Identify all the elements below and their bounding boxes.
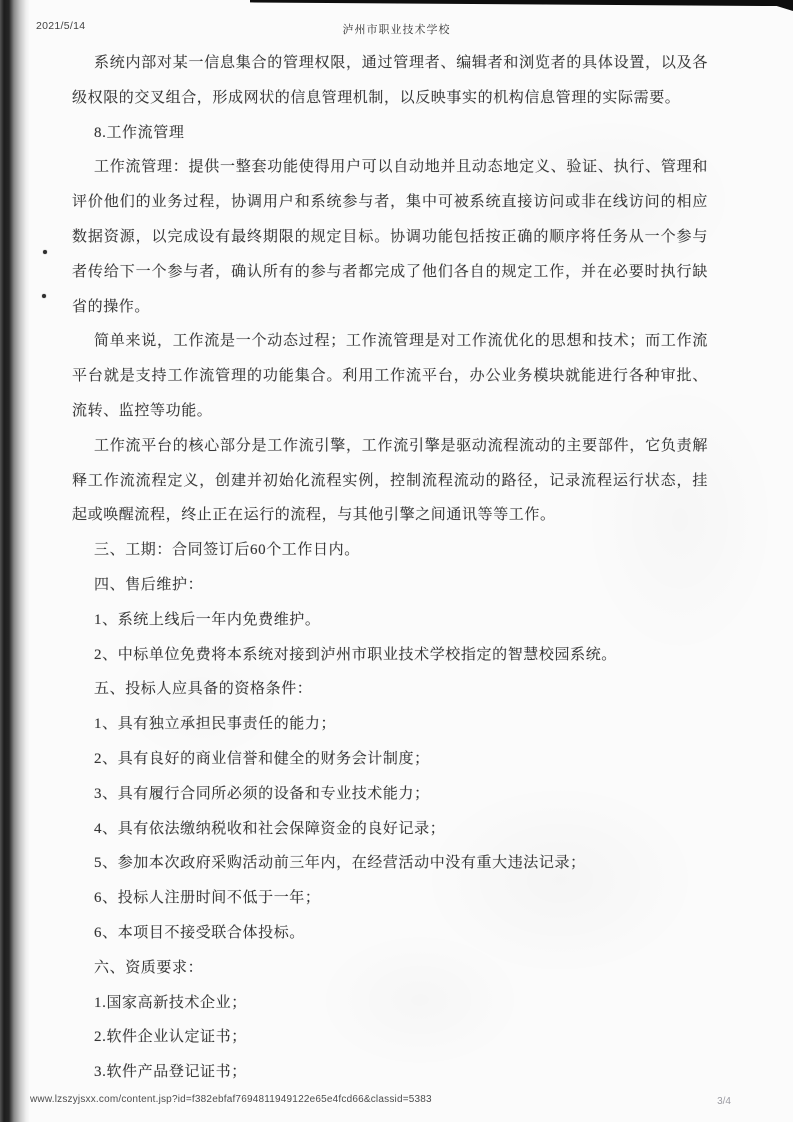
paragraph: 工作流管理：提供一整套功能使得用户可以自动地并且动态地定义、验证、执行、管理和评…: [72, 150, 708, 324]
paragraph: 四、售后维护：: [72, 568, 708, 603]
paragraph: 五、投标人应具备的资格条件：: [72, 672, 708, 707]
paragraph: 1.国家高新技术企业；: [72, 986, 708, 1021]
print-header: 2021/5/14 泸州市职业技术学校: [0, 20, 793, 36]
paragraph: 2.软件企业认定证书；: [72, 1020, 708, 1055]
paragraph: 2、具有良好的商业信誉和健全的财务会计制度；: [72, 742, 708, 777]
page-title: 泸州市职业技术学校: [343, 21, 451, 37]
paragraph: 工作流平台的核心部分是工作流引擎，工作流引擎是驱动流程流动的主要部件，它负责解释…: [72, 429, 708, 533]
paragraph: 6、投标人注册时间不低于一年；: [72, 881, 708, 916]
source-url: www.lzszyjsxx.com/content.jsp?id=f382ebf…: [30, 1094, 432, 1105]
paragraph: 1、系统上线后一年内免费维护。: [72, 603, 708, 638]
print-footer: www.lzszyjsxx.com/content.jsp?id=f382ebf…: [0, 1094, 793, 1108]
scan-edge-left-shadow: [0, 0, 30, 1122]
paragraph: 6、本项目不接受联合体投标。: [72, 916, 708, 951]
paragraph: 简单来说，工作流是一个动态过程；工作流管理是对工作流优化的思想和技术；而工作流平…: [72, 324, 708, 428]
paragraph: 1、具有独立承担民事责任的能力；: [72, 707, 708, 742]
paragraph: 8.工作流管理: [72, 116, 708, 151]
paragraph: 4、具有依法缴纳税收和社会保障资金的良好记录；: [72, 812, 708, 847]
paragraph: 六、资质要求：: [72, 951, 708, 986]
scanned-document-page: 2021/5/14 泸州市职业技术学校 系统内部对某一信息集合的管理权限，通过管…: [0, 0, 793, 1122]
paragraph: 系统内部对某一信息集合的管理权限，通过管理者、编辑者和浏览者的具体设置，以及各级…: [72, 46, 708, 116]
binding-dot: [43, 250, 47, 254]
paragraph: 3.软件产品登记证书；: [72, 1055, 708, 1090]
paragraph: 3、具有履行合同所必须的设备和专业技术能力；: [72, 777, 708, 812]
scan-edge-top-strip: [250, 0, 793, 11]
paragraph: 5、参加本次政府采购活动前三年内，在经营活动中没有重大违法记录；: [72, 846, 708, 881]
binding-dot: [42, 294, 46, 298]
print-date: 2021/5/14: [36, 20, 85, 32]
page-number: 3/4: [717, 1096, 731, 1107]
paragraph: 三、工期：合同签订后60个工作日内。: [72, 533, 708, 568]
document-body: 系统内部对某一信息集合的管理权限，通过管理者、编辑者和浏览者的具体设置，以及各级…: [72, 46, 708, 1090]
paragraph: 2、中标单位免费将本系统对接到泸州市职业技术学校指定的智慧校园系统。: [72, 638, 708, 673]
